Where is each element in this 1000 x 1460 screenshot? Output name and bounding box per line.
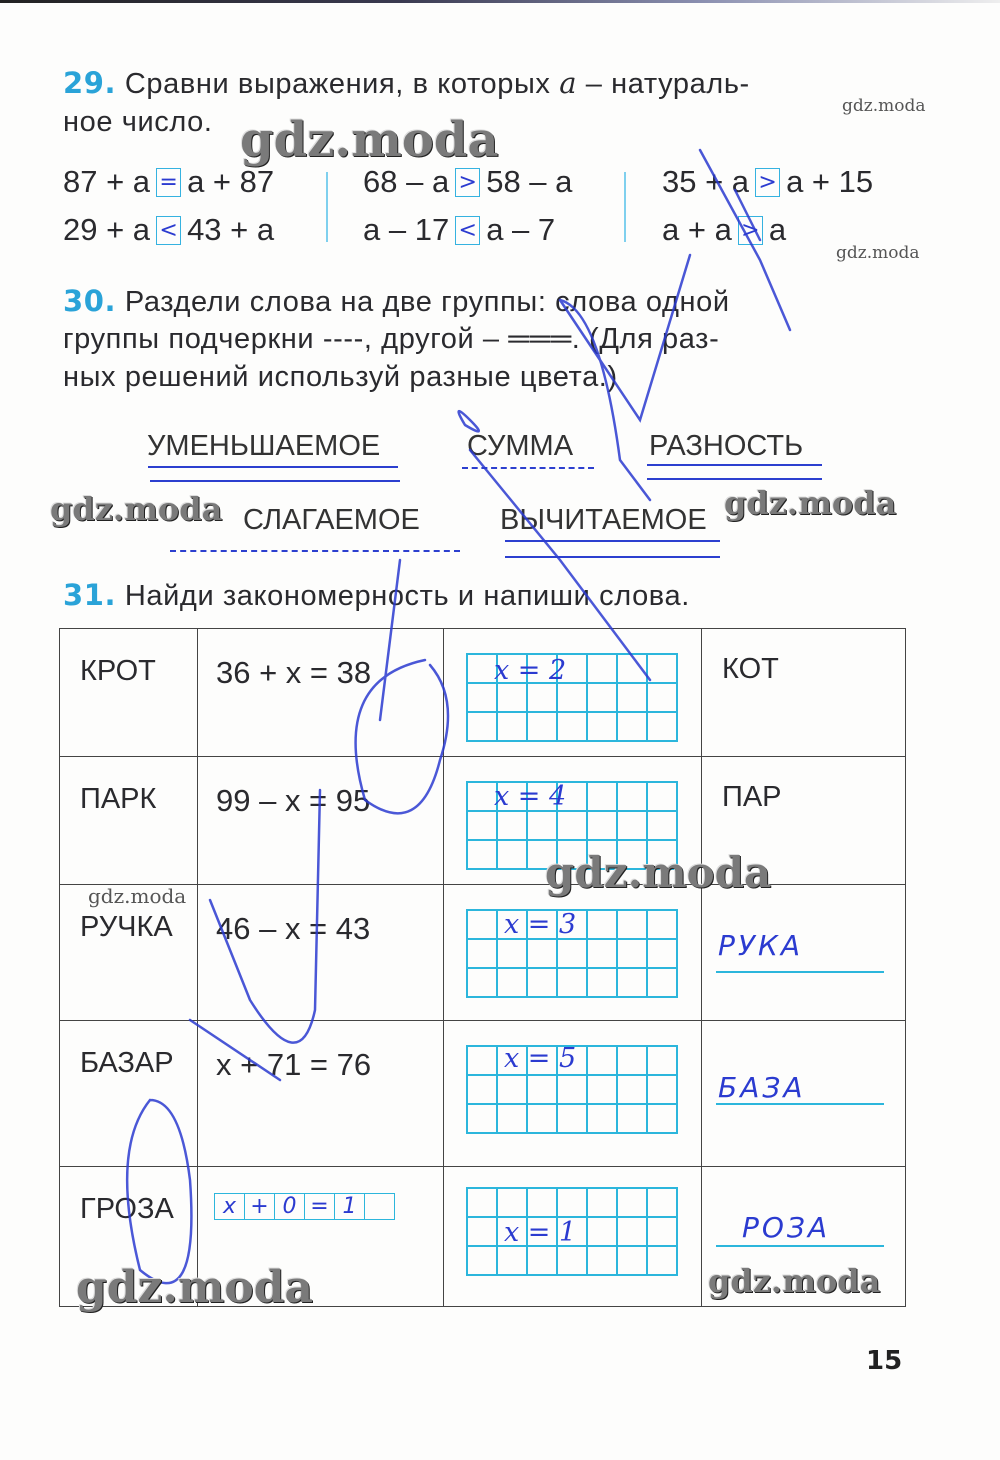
word-umenshaemoe[interactable]: УМЕНЬШАЕМОЕ bbox=[147, 430, 380, 463]
comparison-left: 29 + a bbox=[63, 212, 150, 248]
comparison-6: a + a > a bbox=[662, 212, 786, 248]
column-divider bbox=[326, 172, 328, 242]
page-number: 15 bbox=[866, 1346, 902, 1376]
ex29-number: 29. bbox=[63, 66, 116, 100]
watermark: gdz.moda bbox=[842, 96, 926, 116]
double-underline bbox=[148, 466, 398, 468]
comparison-right: a bbox=[769, 212, 786, 248]
comparison-4: a – 17 < a – 7 bbox=[363, 212, 555, 248]
ex29-text-1-end: – натураль- bbox=[586, 68, 750, 100]
comparison-left: 68 – a bbox=[363, 164, 449, 200]
equation: 46 – x = 43 bbox=[198, 885, 444, 1021]
answer-handwritten: БАЗА bbox=[718, 1071, 805, 1104]
table-row: БАЗАР x + 71 = 76 x = 5 БАЗА bbox=[60, 1021, 906, 1167]
dashed-underline bbox=[462, 467, 594, 469]
comparison-answer-box[interactable]: > bbox=[755, 168, 780, 197]
double-underline bbox=[647, 464, 822, 466]
watermark: gdz.moda bbox=[50, 490, 222, 528]
comparison-1: 87 + a = a + 87 bbox=[63, 164, 274, 200]
watermark: gdz.moda bbox=[724, 484, 896, 522]
comparison-5: 35 + a > a + 15 bbox=[662, 164, 873, 200]
answer-cell[interactable]: РУКА bbox=[702, 885, 906, 1021]
table-row: ПАРК 99 – x = 95 x = 4 ПАР bbox=[60, 757, 906, 885]
page-top-edge bbox=[0, 0, 1000, 3]
solution-handwritten: x = 5 bbox=[504, 1043, 576, 1074]
watermark: gdz.moda bbox=[708, 1262, 880, 1300]
answer-handwritten: РОЗА bbox=[742, 1211, 830, 1244]
double-underline bbox=[505, 556, 720, 558]
comparison-answer-box[interactable]: < bbox=[455, 216, 480, 245]
answer-line bbox=[716, 971, 884, 973]
comparison-left: a – 17 bbox=[363, 212, 449, 248]
comparison-right: 58 – a bbox=[486, 164, 572, 200]
solution-cell[interactable]: x = 5 bbox=[444, 1021, 702, 1167]
ex30-heading: 30. Раздели слова на две группы: слова о… bbox=[63, 284, 730, 319]
ex29-text-1: Сравни выражения, в которых bbox=[125, 68, 551, 100]
solution-cell[interactable]: x = 2 bbox=[444, 629, 702, 757]
equation: x + 71 = 76 bbox=[198, 1021, 444, 1167]
solution-cell[interactable]: x = 3 bbox=[444, 885, 702, 1021]
double-underline bbox=[150, 480, 400, 482]
comparison-answer-box[interactable]: = bbox=[156, 168, 181, 197]
column-divider bbox=[624, 172, 626, 242]
table-row: РУЧКА 46 – x = 43 x = 3 РУКА bbox=[60, 885, 906, 1021]
comparison-answer-box[interactable]: > bbox=[738, 216, 763, 245]
words-table: КРОТ 36 + x = 38 x = 2 КОТ ПАРК 99 – x =… bbox=[59, 628, 906, 1307]
word-slagaemoe[interactable]: СЛАГАЕМОЕ bbox=[243, 504, 420, 537]
comparison-2: 29 + a < 43 + a bbox=[63, 212, 274, 248]
ex29-heading: 29. Сравни выражения, в которых a – нату… bbox=[63, 66, 750, 101]
comparison-right: a + 15 bbox=[786, 164, 873, 200]
comparison-3: 68 – a > 58 – a bbox=[363, 164, 572, 200]
answer-cell[interactable]: БАЗА bbox=[702, 1021, 906, 1167]
answer-line bbox=[716, 1245, 884, 1247]
equation: 36 + x = 38 bbox=[198, 629, 444, 757]
source-word: ПАРК bbox=[60, 757, 198, 885]
solution-handwritten: x = 2 bbox=[494, 655, 566, 686]
double-underline bbox=[505, 540, 720, 542]
eq-cell[interactable]: 0 bbox=[275, 1194, 305, 1220]
ex31-number: 31. bbox=[63, 578, 116, 612]
eq-cell[interactable] bbox=[365, 1194, 395, 1220]
ex31-heading: 31. Найди закономерность и напиши слова. bbox=[63, 578, 690, 613]
source-word: КРОТ bbox=[60, 629, 198, 757]
ex29-text-2: ное число. bbox=[63, 106, 213, 139]
eq-cell[interactable]: x bbox=[215, 1194, 245, 1220]
watermark: gdz.moda bbox=[240, 112, 499, 168]
ex30-text-1: Раздели слова на две группы: слова одной bbox=[125, 286, 730, 318]
ex29-variable: a bbox=[559, 66, 577, 100]
equation-input-grid[interactable]: x + 0 = 1 bbox=[214, 1193, 395, 1220]
answer-line bbox=[716, 1103, 884, 1105]
ex30-text-2: группы подчеркни ----, другой – ═══. (Дл… bbox=[63, 323, 719, 356]
comparison-left: a + a bbox=[662, 212, 732, 248]
comparison-right: a – 7 bbox=[486, 212, 555, 248]
answer-word: КОТ bbox=[702, 629, 906, 757]
watermark: gdz.moda bbox=[76, 1262, 313, 1313]
word-raznost[interactable]: РАЗНОСТЬ bbox=[649, 430, 803, 463]
eq-cell[interactable]: 1 bbox=[335, 1194, 365, 1220]
solution-handwritten: x = 3 bbox=[504, 909, 576, 940]
equation: 99 – x = 95 bbox=[198, 757, 444, 885]
word-vychitaemoe[interactable]: ВЫЧИТАЕМОЕ bbox=[500, 504, 707, 537]
watermark: gdz.moda bbox=[545, 848, 771, 897]
comparison-right: a + 87 bbox=[187, 164, 274, 200]
eq-cell[interactable]: + bbox=[245, 1194, 275, 1220]
solution-cell[interactable]: x = 1 bbox=[444, 1167, 702, 1307]
ex30-number: 30. bbox=[63, 284, 116, 318]
table-row: КРОТ 36 + x = 38 x = 2 КОТ bbox=[60, 629, 906, 757]
comparison-left: 35 + a bbox=[662, 164, 749, 200]
answer-handwritten: РУКА bbox=[718, 929, 803, 962]
eq-cell[interactable]: = bbox=[305, 1194, 335, 1220]
word-summa[interactable]: СУММА bbox=[467, 430, 573, 463]
comparison-right: 43 + a bbox=[187, 212, 274, 248]
comparison-answer-box[interactable]: < bbox=[156, 216, 181, 245]
comparison-answer-box[interactable]: > bbox=[455, 168, 480, 197]
double-underline bbox=[647, 478, 822, 480]
comparison-left: 87 + a bbox=[63, 164, 150, 200]
solution-handwritten: x = 4 bbox=[494, 781, 566, 812]
ex30-text-3: ных решений используй разные цвета.) bbox=[63, 361, 618, 394]
watermark: gdz.moda bbox=[88, 884, 186, 908]
source-word: БАЗАР bbox=[60, 1021, 198, 1167]
solution-handwritten: x = 1 bbox=[504, 1217, 576, 1248]
dashed-underline bbox=[170, 550, 460, 552]
ex31-text: Найди закономерность и напиши слова. bbox=[125, 580, 690, 612]
watermark: gdz.moda bbox=[836, 243, 920, 263]
